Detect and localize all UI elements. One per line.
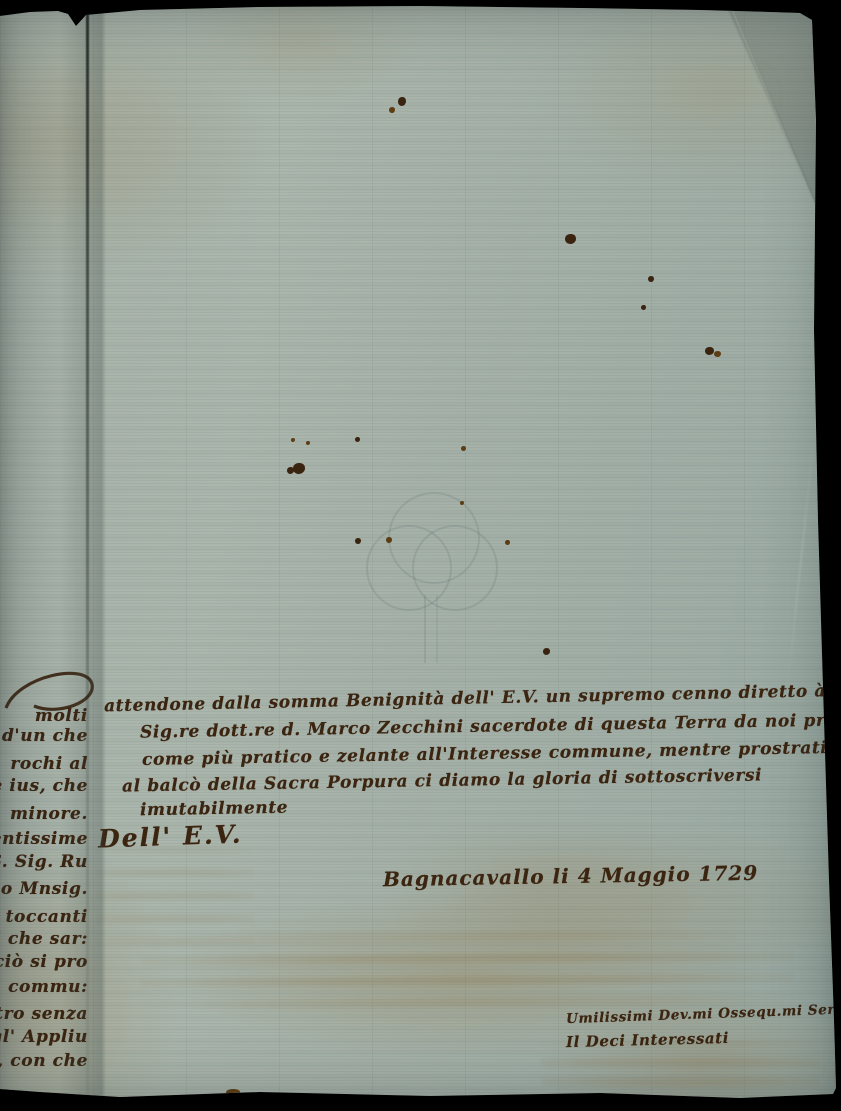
- ink-spot: [648, 276, 654, 282]
- ink-spot: [355, 538, 361, 544]
- ink-spot: [306, 441, 310, 445]
- gutter-crease: [86, 8, 89, 1098]
- ink-showthrough-band: [95, 840, 255, 960]
- letter-body-line: imutabilmente: [140, 798, 288, 821]
- fold-crease: [726, 3, 819, 209]
- ink-spot: [461, 446, 466, 451]
- ink-spot: [714, 351, 721, 357]
- letter-body-line: Sig.re dott.re d. Marco Zecchini sacerdo…: [140, 709, 841, 742]
- watermark-lobe: [388, 492, 480, 584]
- ink-spot: [505, 540, 510, 545]
- ink-spot: [293, 463, 305, 474]
- ink-spot: [705, 347, 714, 355]
- signature-line: Il Deci Interessati: [566, 1029, 729, 1051]
- letter-body-line: attendone dalla somma Benignità dell' E.…: [104, 680, 841, 717]
- ink-spot: [543, 648, 550, 655]
- ink-spot: [355, 437, 360, 442]
- ink-spot: [565, 234, 576, 244]
- letter-body-line: al balcò della Sacra Porpura ci diamo la…: [122, 765, 762, 796]
- letter-closing: Dell' E.V.: [98, 819, 243, 853]
- manuscript-paper: molti d'un che rochi al e ius, che minor…: [0, 0, 841, 1111]
- ink-spot: [641, 305, 646, 310]
- ink-spot: [398, 97, 406, 106]
- gutter-shading: [60, 8, 106, 1098]
- ink-spot: [389, 107, 395, 113]
- ink-spot: [291, 438, 295, 442]
- photo-stage: molti d'un che rochi al e ius, che minor…: [0, 0, 841, 1111]
- fold-crease: [786, 431, 815, 690]
- letter-dateline: Bagnacavallo li 4 Maggio 1729: [383, 861, 759, 892]
- signature-line: Umilissimi Dev.mi Ossequ.mi Servit.: [566, 1001, 841, 1027]
- ink-spot: [287, 467, 294, 474]
- watermark-stem: [424, 595, 438, 663]
- ink-spot: [226, 1089, 240, 1096]
